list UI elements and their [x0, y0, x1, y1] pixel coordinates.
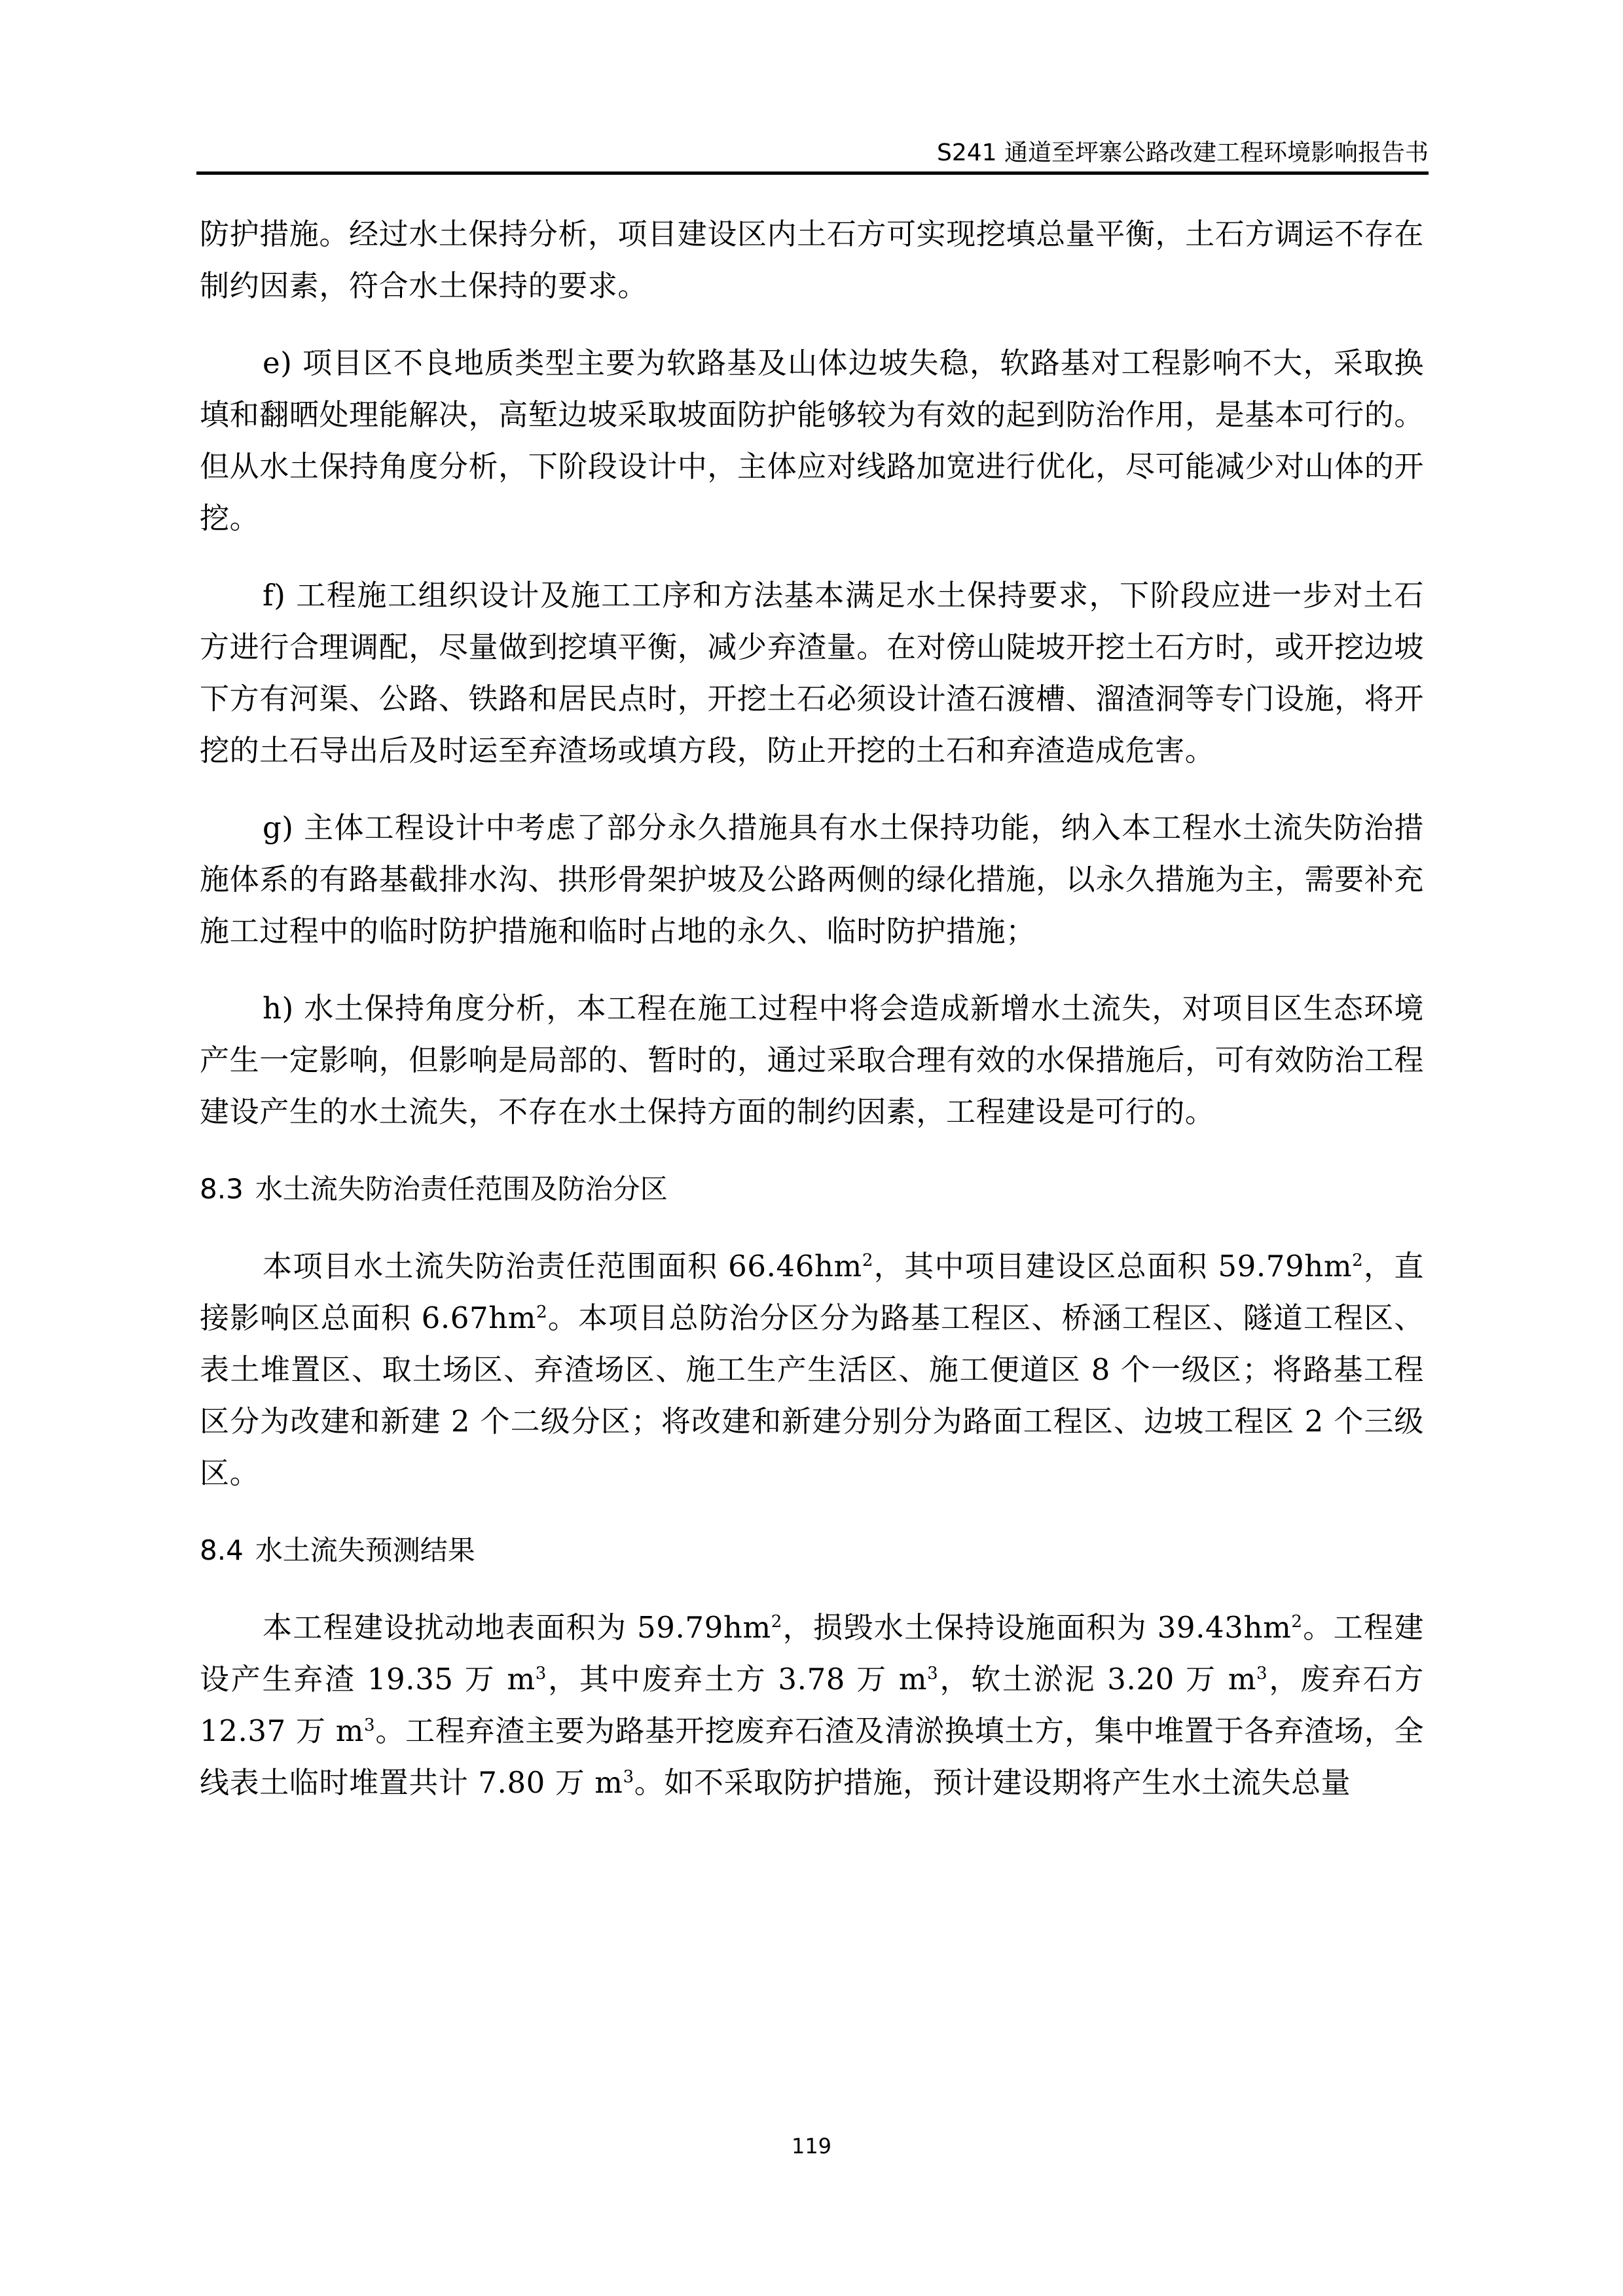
section-heading-8-4: 8.4水土流失预测结果	[200, 1524, 1424, 1576]
report-title: S241 通道至坪寨公路改建工程环境影响报告书	[937, 139, 1429, 168]
text-run: ，其中项目建设区总面积 59.79hm	[873, 1249, 1352, 1283]
body-text: 防护措施。经过水土保持分析，项目建设区内土石方可实现挖填总量平衡，土石方调运不存…	[200, 208, 1424, 1834]
page-header: S241 通道至坪寨公路改建工程环境影响报告书	[196, 105, 1429, 177]
text-run: 。如不采取防护措施，预计建设期将产生水土流失总量	[634, 1765, 1351, 1800]
page-number: 119	[792, 2134, 831, 2159]
text-run: ，软土淤泥 3.20 万 m	[938, 1662, 1256, 1696]
section-title: 水土流失防治责任范围及防治分区	[255, 1173, 668, 1205]
header-rule	[196, 171, 1429, 175]
text-run: ，损毁水土保持设施面积为 39.43hm	[782, 1610, 1291, 1645]
superscript: 2	[862, 1251, 873, 1270]
superscript: 3	[536, 1664, 547, 1683]
text-run: 本工程建设扰动地表面积为 59.79hm	[263, 1610, 771, 1645]
superscript: 3	[1256, 1664, 1267, 1683]
paragraph-continued: 防护措施。经过水土保持分析，项目建设区内土石方可实现挖填总量平衡，土石方调运不存…	[200, 208, 1424, 312]
superscript: 2	[1352, 1251, 1363, 1270]
superscript: 2	[536, 1302, 547, 1322]
superscript: 3	[927, 1664, 938, 1683]
paragraph-responsibility-scope: 本项目水土流失防治责任范围面积 66.46hm2，其中项目建设区总面积 59.7…	[200, 1240, 1424, 1499]
superscript: 3	[623, 1767, 634, 1787]
section-heading-8-3: 8.3水土流失防治责任范围及防治分区	[200, 1163, 1424, 1215]
text-run: 本项目水土流失防治责任范围面积 66.46hm	[263, 1249, 862, 1283]
paragraph-f: f) 工程施工组织设计及施工工序和方法基本满足水土保持要求，下阶段应进一步对土石…	[200, 569, 1424, 776]
paragraph-g: g) 主体工程设计中考虑了部分永久措施具有水土保持功能，纳入本工程水土流失防治措…	[200, 802, 1424, 957]
text-run: ，其中废弃土方 3.78 万 m	[547, 1662, 927, 1696]
superscript: 3	[364, 1715, 375, 1735]
section-number: 8.3	[200, 1173, 244, 1205]
document-page: S241 通道至坪寨公路改建工程环境影响报告书 防护措施。经过水土保持分析，项目…	[0, 0, 1623, 2296]
superscript: 2	[771, 1612, 782, 1632]
paragraph-prediction-results: 本工程建设扰动地表面积为 59.79hm2，损毁水土保持设施面积为 39.43h…	[200, 1602, 1424, 1808]
paragraph-h: h) 水土保持角度分析，本工程在施工过程中将会造成新增水土流失，对项目区生态环境…	[200, 982, 1424, 1138]
page-footer: 119	[0, 2134, 1623, 2159]
superscript: 2	[1291, 1612, 1302, 1632]
paragraph-e: e) 项目区不良地质类型主要为软路基及山体边坡失稳，软路基对工程影响不大，采取换…	[200, 337, 1424, 544]
section-number: 8.4	[200, 1534, 244, 1566]
section-title: 水土流失预测结果	[255, 1534, 475, 1566]
